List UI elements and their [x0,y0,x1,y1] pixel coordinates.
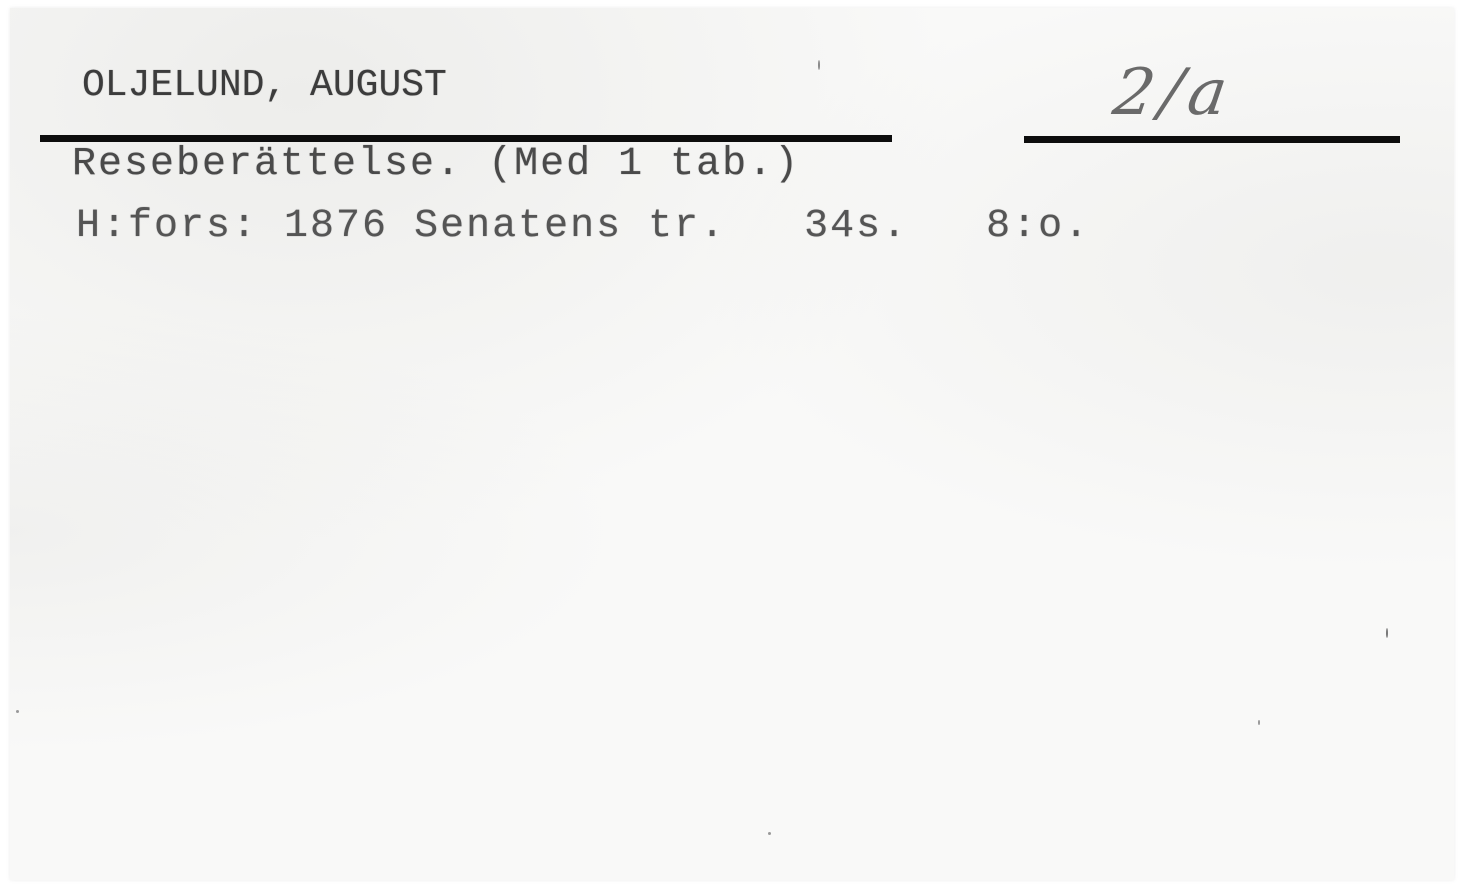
author-heading: OLJELUND, AUGUST [82,64,447,107]
heading-rule-left [40,135,892,142]
title-statement: Reseberättelse. (Med 1 tab.) [72,142,800,187]
imprint-year: 1876 [284,204,388,249]
shelfmark: 2/a [1109,56,1238,130]
imprint-line: H:fors: 1876 Senatens tr. 34s. 8:o. [76,204,1090,249]
paper-speck [16,710,19,713]
imprint-publisher: Senatens tr. [414,204,726,249]
paper-mark [1386,628,1388,638]
paper-speck [1258,720,1260,725]
catalog-card: OLJELUND, AUGUST 2/a Reseberättelse. (Me… [10,8,1454,880]
paper-speck [818,60,820,70]
heading-rule-right [1024,136,1400,143]
imprint-format: 8:o. [986,204,1090,249]
imprint-pages: 34s. [804,204,908,249]
paper-speck [768,832,771,835]
imprint-place: H:fors: [76,204,258,249]
